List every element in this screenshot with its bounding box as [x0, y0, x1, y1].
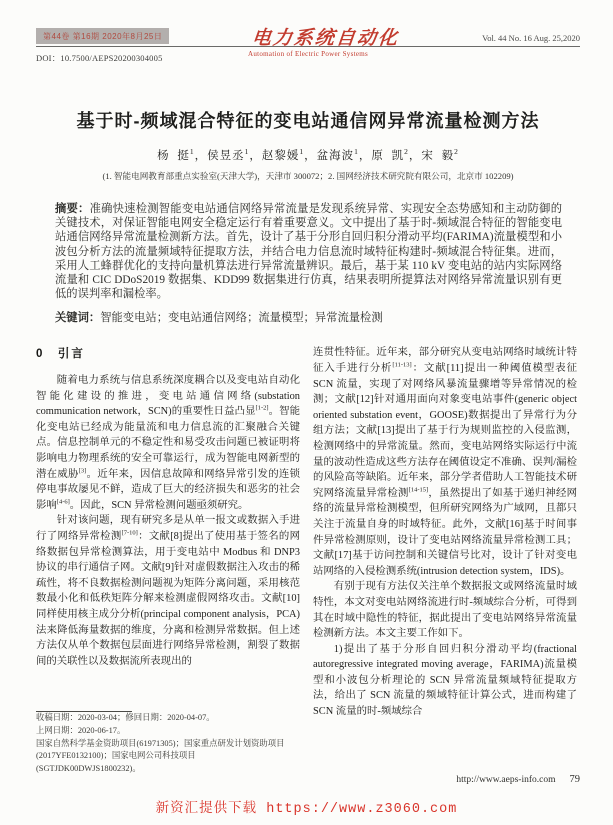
author-list: 杨 挺1，侯昱丞1，赵黎媛1，盆海波1，原 凯2，宋 毅2 — [36, 147, 580, 163]
keywords: 关键词：智能变电站；变电站通信网络；流量模型；异常流量检测 — [55, 309, 562, 325]
column-right: 连贯性特征。近年来，部分研究从变电站网络时域统计特征入手进行分析[11-13]：… — [313, 345, 577, 775]
volume-info-en: Vol. 44 No. 16 Aug. 25,2020 — [482, 33, 580, 43]
intro-paragraph-1: 随着电力系统与信息系统深度耦合以及变电站自动化智能化建设的推进，变电站通信网络(… — [36, 373, 300, 513]
journal-url: http://www.aeps-info.com — [456, 775, 555, 785]
abstract-label: 摘要： — [55, 203, 90, 215]
page-number: 79 — [570, 774, 581, 785]
column-left: 0 引言 随着电力系统与信息系统深度耦合以及变电站自动化智能化建设的推进，变电站… — [36, 345, 300, 775]
intro-paragraph-3: 连贯性特征。近年来，部分研究从变电站网络时域统计特征入手进行分析[11-13]：… — [313, 345, 577, 579]
paper-page: 第44卷 第16期 2020年8月25日 电力系统自动化 Vol. 44 No.… — [0, 0, 613, 825]
issue-info-box: 第44卷 第16期 2020年8月25日 — [36, 28, 169, 44]
journal-header: 第44卷 第16期 2020年8月25日 电力系统自动化 Vol. 44 No.… — [36, 28, 580, 65]
abstract-text: 准确快速检测智能变电站通信网络异常流量是发现系统异常、实现安全态势感知和主动防御… — [55, 203, 562, 300]
journal-name-en: Automation of Electric Power Systems — [248, 50, 368, 58]
footnote-online-date: 上网日期：2020-06-17。 — [36, 725, 300, 738]
footnote-funding: 国家自然科学基金资助项目(61971305)；国家重点研发计划资助项目(2017… — [36, 738, 300, 776]
keywords-label: 关键词： — [55, 312, 100, 324]
abstract: 摘要：准确快速检测智能变电站通信网络异常流量是发现系统异常、实现安全态势感知和主… — [55, 202, 562, 301]
page-footer: http://www.aeps-info.com 79 — [456, 774, 580, 785]
download-watermark: 新资汇提供下载 https://www.z3060.com — [0, 796, 613, 817]
doi-text: DOI：10.7500/AEPS20200304005 — [36, 52, 163, 64]
paper-title: 基于时-频域混合特征的变电站通信网异常流量检测方法 — [36, 107, 580, 133]
footnote-dates: 收稿日期：2020-03-04；修回日期：2020-04-07。 — [36, 712, 300, 725]
header-row: 第44卷 第16期 2020年8月25日 电力系统自动化 Vol. 44 No.… — [36, 28, 580, 47]
intro-paragraph-2: 针对该问题，现有研究多是从单一报文或数据入手进行了网络异常检测[7-10]：文献… — [36, 513, 300, 669]
header-subrow: DOI：10.7500/AEPS20200304005 Automation o… — [36, 49, 580, 65]
intro-paragraph-4: 有别于现有方法仅关注单个数据报文或网络流量时域特性，本文对变电站网络流进行时-频… — [313, 579, 577, 641]
body-columns: 0 引言 随着电力系统与信息系统深度耦合以及变电站自动化智能化建设的推进，变电站… — [36, 345, 580, 775]
journal-logo: 电力系统自动化 — [251, 29, 400, 48]
keywords-text: 智能变电站；变电站通信网络；流量模型；异常流量检测 — [100, 312, 382, 324]
intro-paragraph-5: 1)提出了基于分形自回归积分滑动平均(fractional autoregres… — [313, 642, 577, 720]
affiliation: (1. 智能电网教育部重点实验室(天津大学)，天津市 300072；2. 国网经… — [36, 170, 580, 182]
section-heading-intro: 0 引言 — [36, 347, 300, 363]
footnote-block: 收稿日期：2020-03-04；修回日期：2020-04-07。 上网日期：20… — [36, 707, 300, 775]
